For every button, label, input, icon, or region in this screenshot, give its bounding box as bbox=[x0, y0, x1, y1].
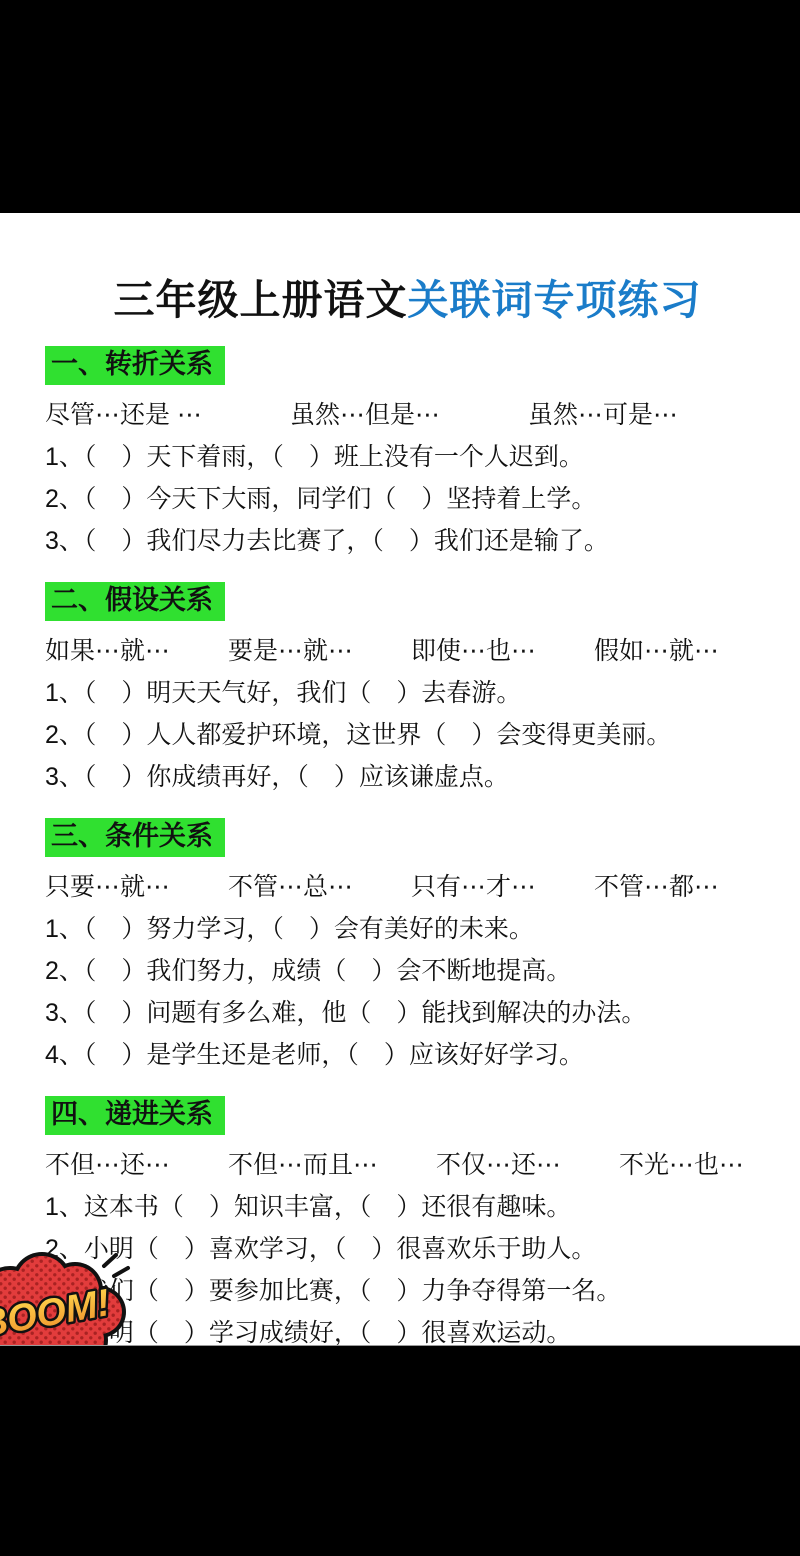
question-row: 2、（ ）我们努力，成绩（ ）会不断地提高。 bbox=[45, 950, 770, 992]
question-row: 3、（ ）问题有多么难，他（ ）能找到解决的办法。 bbox=[45, 992, 770, 1034]
connectives-row: 尽管⋯还是 ⋯ 虽然⋯但是⋯ 虽然⋯可是⋯ bbox=[45, 394, 770, 436]
section-progressive-relation: 四、递进关系 不但⋯还⋯ 不但⋯而且⋯ 不仅⋯还⋯ 不光⋯也⋯ 1、这本书（ ）… bbox=[45, 1076, 770, 1354]
connective-option: 只要⋯就⋯ bbox=[45, 866, 170, 908]
connective-option: 不但⋯而且⋯ bbox=[228, 1144, 378, 1186]
connective-option: 即使⋯也⋯ bbox=[411, 630, 536, 672]
connective-option: 要是⋯就⋯ bbox=[228, 630, 353, 672]
question-row: 2、（ ）今天下大雨，同学们（ ）坚持着上学。 bbox=[45, 478, 770, 520]
connective-option: 虽然⋯可是⋯ bbox=[528, 394, 678, 436]
connective-option: 假如⋯就⋯ bbox=[594, 630, 719, 672]
section-transition-relation: 一、转折关系 尽管⋯还是 ⋯ 虽然⋯但是⋯ 虽然⋯可是⋯ 1、（ ）天下着雨，（… bbox=[45, 326, 770, 562]
section-heading: 三、条件关系 bbox=[45, 818, 225, 857]
connectives-row: 如果⋯就⋯ 要是⋯就⋯ 即使⋯也⋯ 假如⋯就⋯ bbox=[45, 630, 770, 672]
page-title: 三年级上册语文关联词专项练习 bbox=[45, 267, 770, 326]
question-row: 3、（ ）我们尽力去比赛了，（ ）我们还是输了。 bbox=[45, 520, 770, 562]
question-row: 1、（ ）天下着雨，（ ）班上没有一个人迟到。 bbox=[45, 436, 770, 478]
question-row: 3、（ ）你成绩再好，（ ）应该谦虚点。 bbox=[45, 756, 770, 798]
letterbox-bottom bbox=[0, 1345, 800, 1556]
section-heading: 四、递进关系 bbox=[45, 1096, 225, 1135]
question-row: 2、小明（ ）喜欢学习，（ ）很喜欢乐于助人。 bbox=[45, 1228, 770, 1270]
question-row: 3、我们（ ）要参加比赛，（ ）力争夺得第一名。 bbox=[45, 1270, 770, 1312]
worksheet-page: 三年级上册语文关联词专项练习 一、转折关系 尽管⋯还是 ⋯ 虽然⋯但是⋯ 虽然⋯… bbox=[0, 213, 800, 1345]
section-hypothesis-relation: 二、假设关系 如果⋯就⋯ 要是⋯就⋯ 即使⋯也⋯ 假如⋯就⋯ 1、（ ）明天天气… bbox=[45, 562, 770, 798]
connective-option: 虽然⋯但是⋯ bbox=[290, 394, 440, 436]
connective-option: 尽管⋯还是 ⋯ bbox=[45, 394, 202, 436]
connective-option: 不仅⋯还⋯ bbox=[436, 1144, 561, 1186]
connectives-row: 只要⋯就⋯ 不管⋯总⋯ 只有⋯才⋯ 不管⋯都⋯ bbox=[45, 866, 770, 908]
connective-option: 不光⋯也⋯ bbox=[619, 1144, 744, 1186]
connective-option: 如果⋯就⋯ bbox=[45, 630, 170, 672]
page-title-black-part: 三年级上册语文 bbox=[114, 277, 408, 323]
connective-option: 不但⋯还⋯ bbox=[45, 1144, 170, 1186]
letterbox-top bbox=[0, 0, 800, 215]
section-heading: 二、假设关系 bbox=[45, 582, 225, 621]
question-row: 2、（ ）人人都爱护环境，这世界（ ）会变得更美丽。 bbox=[45, 714, 770, 756]
connective-option: 不管⋯总⋯ bbox=[228, 866, 353, 908]
question-row: 1、（ ）努力学习，（ ）会有美好的未来。 bbox=[45, 908, 770, 950]
section-condition-relation: 三、条件关系 只要⋯就⋯ 不管⋯总⋯ 只有⋯才⋯ 不管⋯都⋯ 1、（ ）努力学习… bbox=[45, 798, 770, 1076]
connective-option: 只有⋯才⋯ bbox=[411, 866, 536, 908]
question-row: 1、（ ）明天天气好，我们（ ）去春游。 bbox=[45, 672, 770, 714]
page-title-blue-part: 关联词专项练习 bbox=[408, 277, 702, 323]
connective-option: 不管⋯都⋯ bbox=[594, 866, 719, 908]
question-row: 1、这本书（ ）知识丰富，（ ）还很有趣味。 bbox=[45, 1186, 770, 1228]
connectives-row: 不但⋯还⋯ 不但⋯而且⋯ 不仅⋯还⋯ 不光⋯也⋯ bbox=[45, 1144, 770, 1186]
section-heading: 一、转折关系 bbox=[45, 346, 225, 385]
question-row: 4、（ ）是学生还是老师，（ ）应该好好学习。 bbox=[45, 1034, 770, 1076]
